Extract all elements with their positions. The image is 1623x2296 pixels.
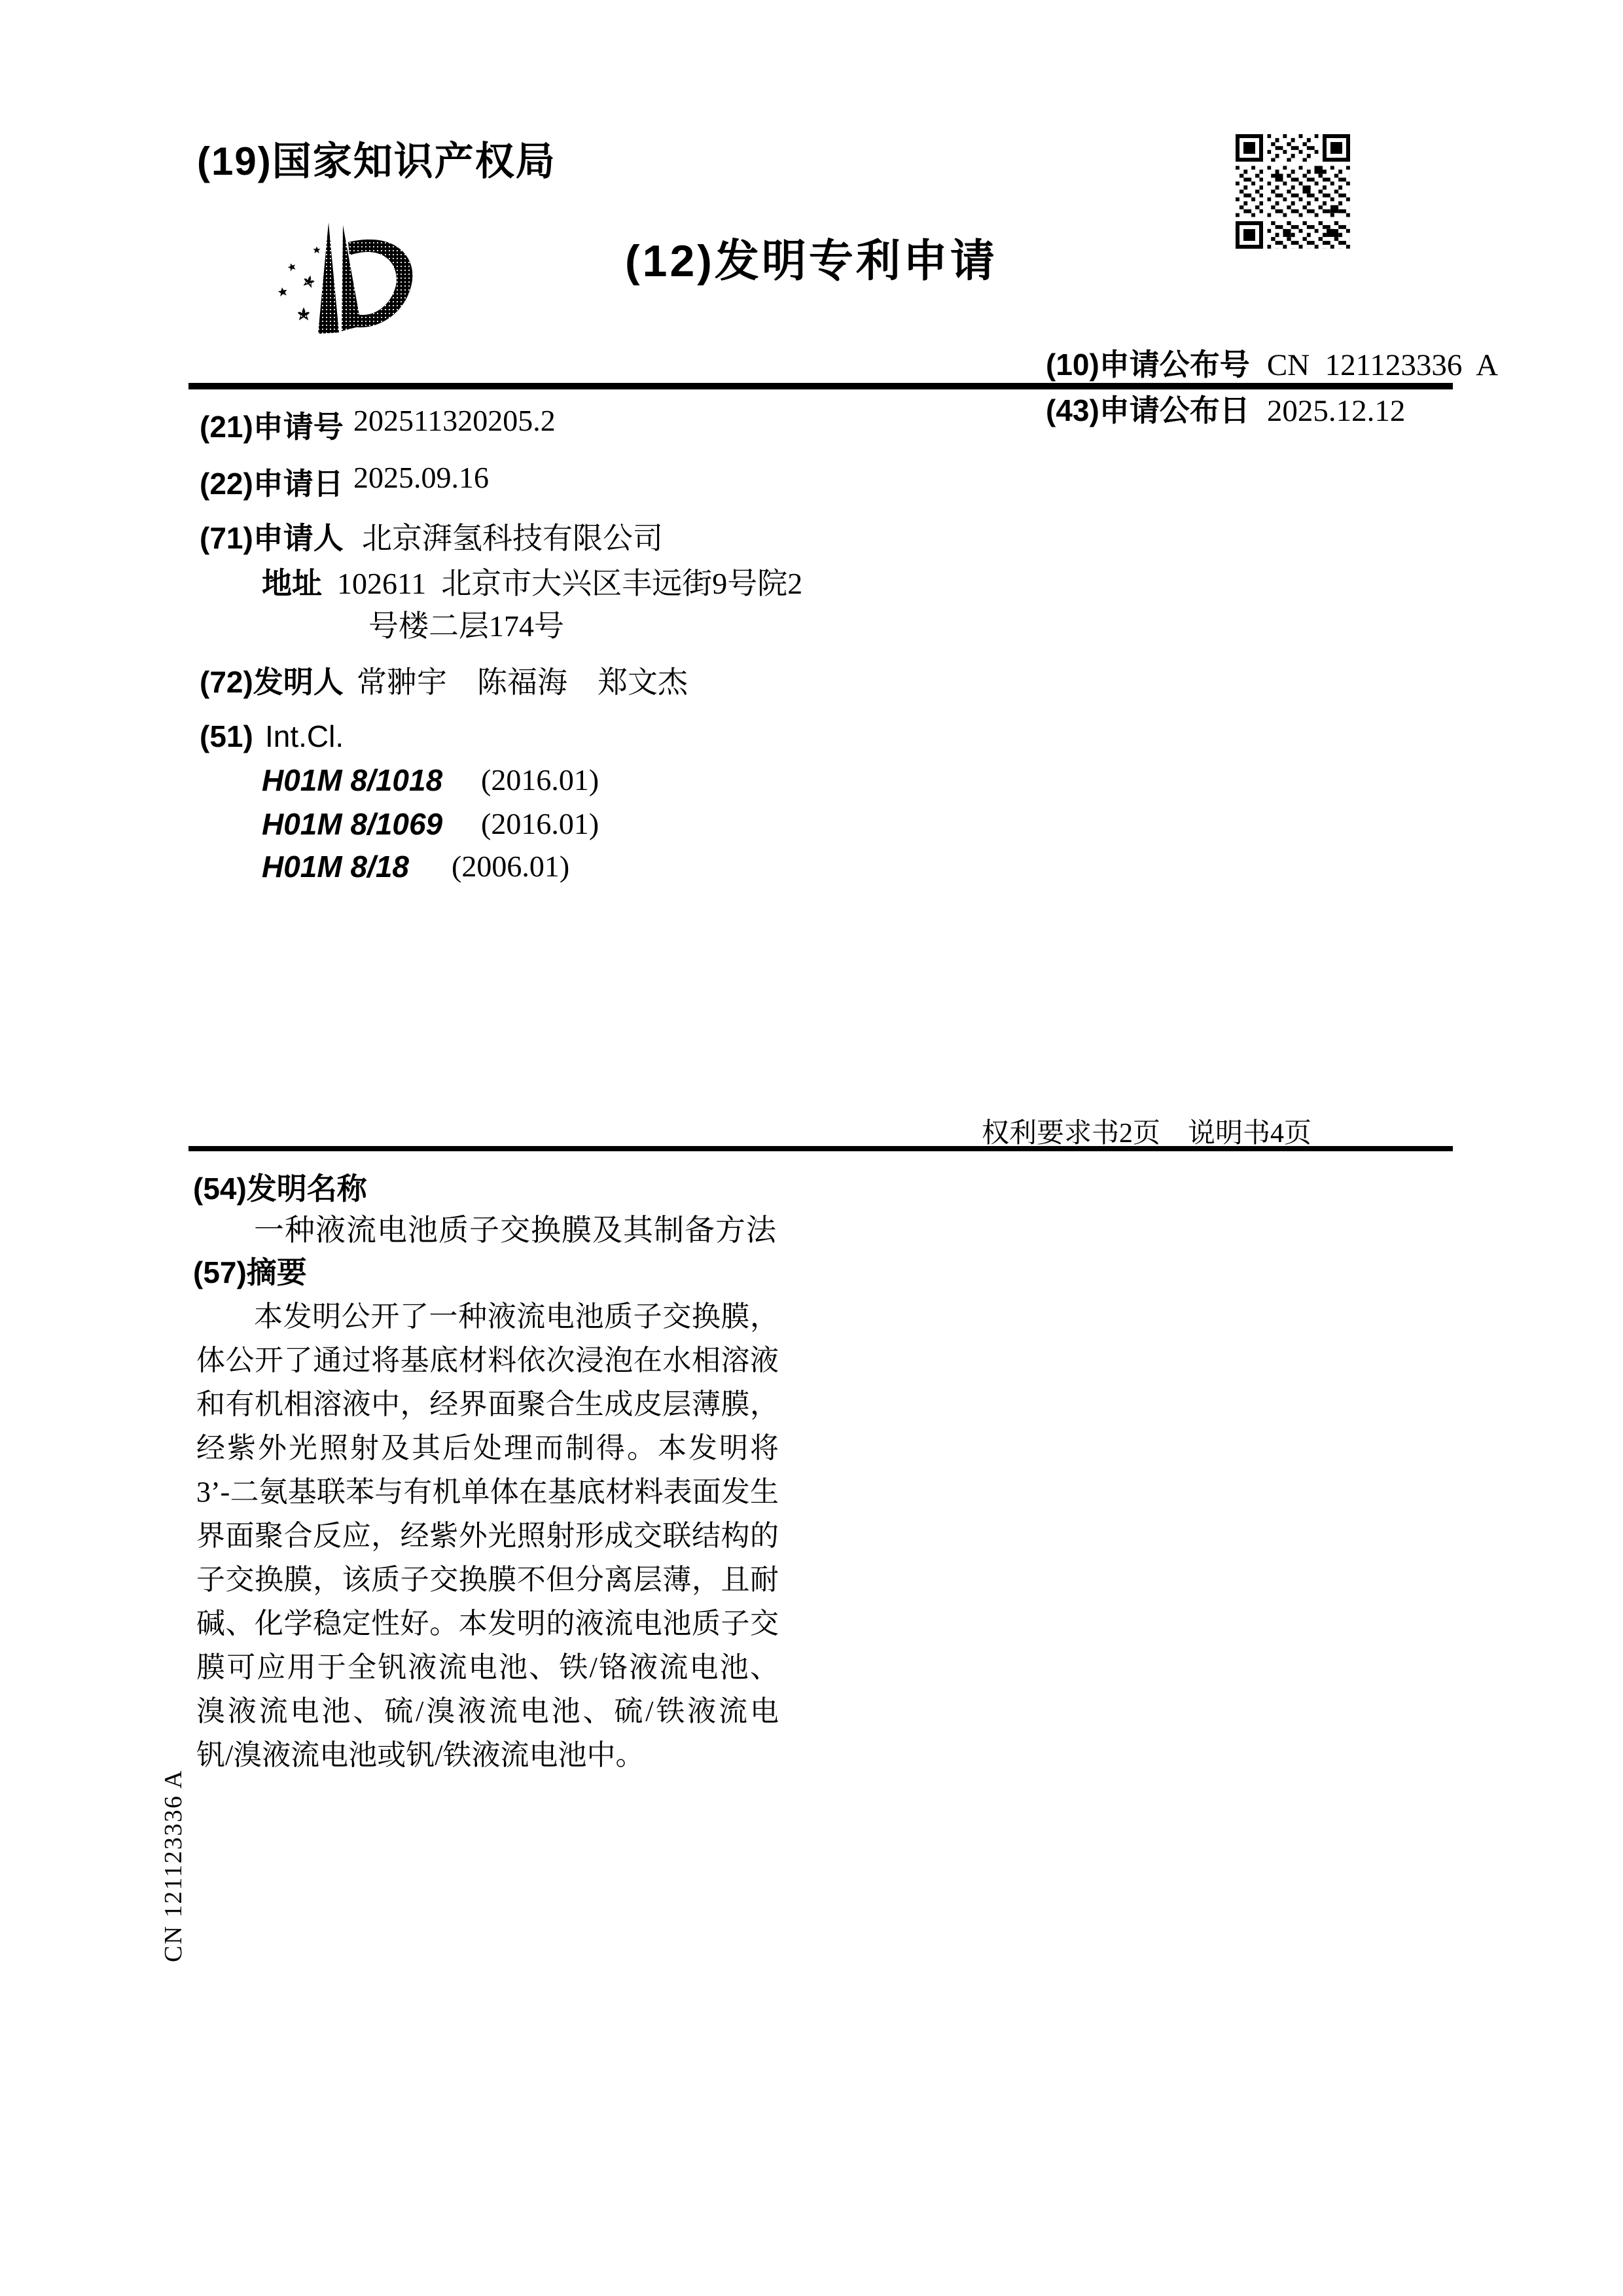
office-name: (19)国家知识产权局: [197, 130, 556, 187]
abstract-line: 本发明公开了一种液流电池质子交换膜，具: [196, 1295, 779, 1338]
publication-date-label: (43)申请公布日: [1046, 393, 1250, 427]
intcl-class-code: H01M 8/1018: [262, 762, 442, 798]
address-value-2: 号楼二层174号: [368, 602, 564, 645]
address-label: 地址: [262, 560, 322, 603]
intcl-class-code: H01M 8/18: [262, 849, 409, 884]
abstract-line: 溴液流电池、硫/溴液流电池、硫/铁液流电池、: [196, 1689, 779, 1733]
application-date-value: 2025.09.16: [353, 460, 489, 495]
publication-date-value: 2025.12.12: [1267, 394, 1406, 428]
intcl-class-year: (2006.01): [452, 849, 569, 884]
cnipa-logo-icon: [270, 221, 417, 339]
side-publication-code: CN 121123336 A: [159, 1769, 188, 1962]
section-divider: [188, 1146, 1453, 1151]
document-type: (12)发明专利申请: [625, 226, 997, 289]
pages-info: 权利要求书2页 说明书4页: [982, 1111, 1311, 1151]
abstract-line: 膜可应用于全钒液流电池、铁/铬液流电池、锌/: [196, 1645, 779, 1689]
application-date-label: (22)申请日: [200, 460, 344, 503]
header-divider: [188, 383, 1453, 389]
intcl-class-year: (2016.01): [481, 762, 599, 797]
abstract-line: 钒/溴液流电池或钒/铁液流电池中。: [196, 1733, 779, 1777]
abstract-line: 和有机相溶液中，经界面聚合生成皮层薄膜，再: [196, 1382, 779, 1426]
applicant-label: (71)申请人: [200, 514, 344, 558]
application-number-value: 202511320205.2: [353, 403, 556, 438]
abstract-text: 本发明公开了一种液流电池质子交换膜，具 体公开了通过将基底材料依次浸泡在水相溶液…: [196, 1295, 779, 1777]
intcl-label-text: Int.Cl.: [265, 719, 344, 754]
application-number-label: (21)申请号: [200, 403, 344, 446]
title-section-label: (54)发明名称: [193, 1165, 367, 1208]
inventors-label: (72)发明人: [200, 658, 344, 702]
intcl-class-code: H01M 8/1069: [262, 806, 442, 842]
intcl-label-number: (51): [200, 719, 253, 754]
abstract-line: 碱、化学稳定性好。本发明的液流电池质子交换: [196, 1602, 779, 1645]
publication-date-line: (43)申请公布日2025.12.12: [1016, 352, 1405, 386]
abstract-line: 3’-二氨基联苯与有机单体在基底材料表面发生: [196, 1470, 779, 1514]
applicant-value: 北京湃氢科技有限公司: [362, 514, 663, 558]
abstract-line: 经紫外光照射及其后处理而制得。本发明将3，: [196, 1426, 779, 1470]
abstract-line: 界面聚合反应，经紫外光照射形成交联结构的质: [196, 1514, 779, 1558]
address-value: 102611 北京市大兴区丰远街9号院2: [337, 560, 802, 603]
abstract-line: 体公开了通过将基底材料依次浸泡在水相溶液: [196, 1338, 779, 1382]
abstract-line: 子交换膜，该质子交换膜不但分离层薄，且耐酸: [196, 1558, 779, 1602]
invention-title: 一种液流电池质子交换膜及其制备方法: [254, 1206, 777, 1249]
abstract-section-label: (57)摘要: [193, 1249, 307, 1292]
publication-number-line: (10)申请公布号CN 121123336 A: [1016, 306, 1498, 340]
patent-front-page: (19)国家知识产权局 (12)发明专利申请: [0, 0, 1623, 2296]
intcl-class-year: (2016.01): [481, 806, 599, 841]
inventors-value: 常翀宇 陈福海 郑文杰: [357, 658, 688, 702]
qr-code: [1236, 134, 1350, 249]
